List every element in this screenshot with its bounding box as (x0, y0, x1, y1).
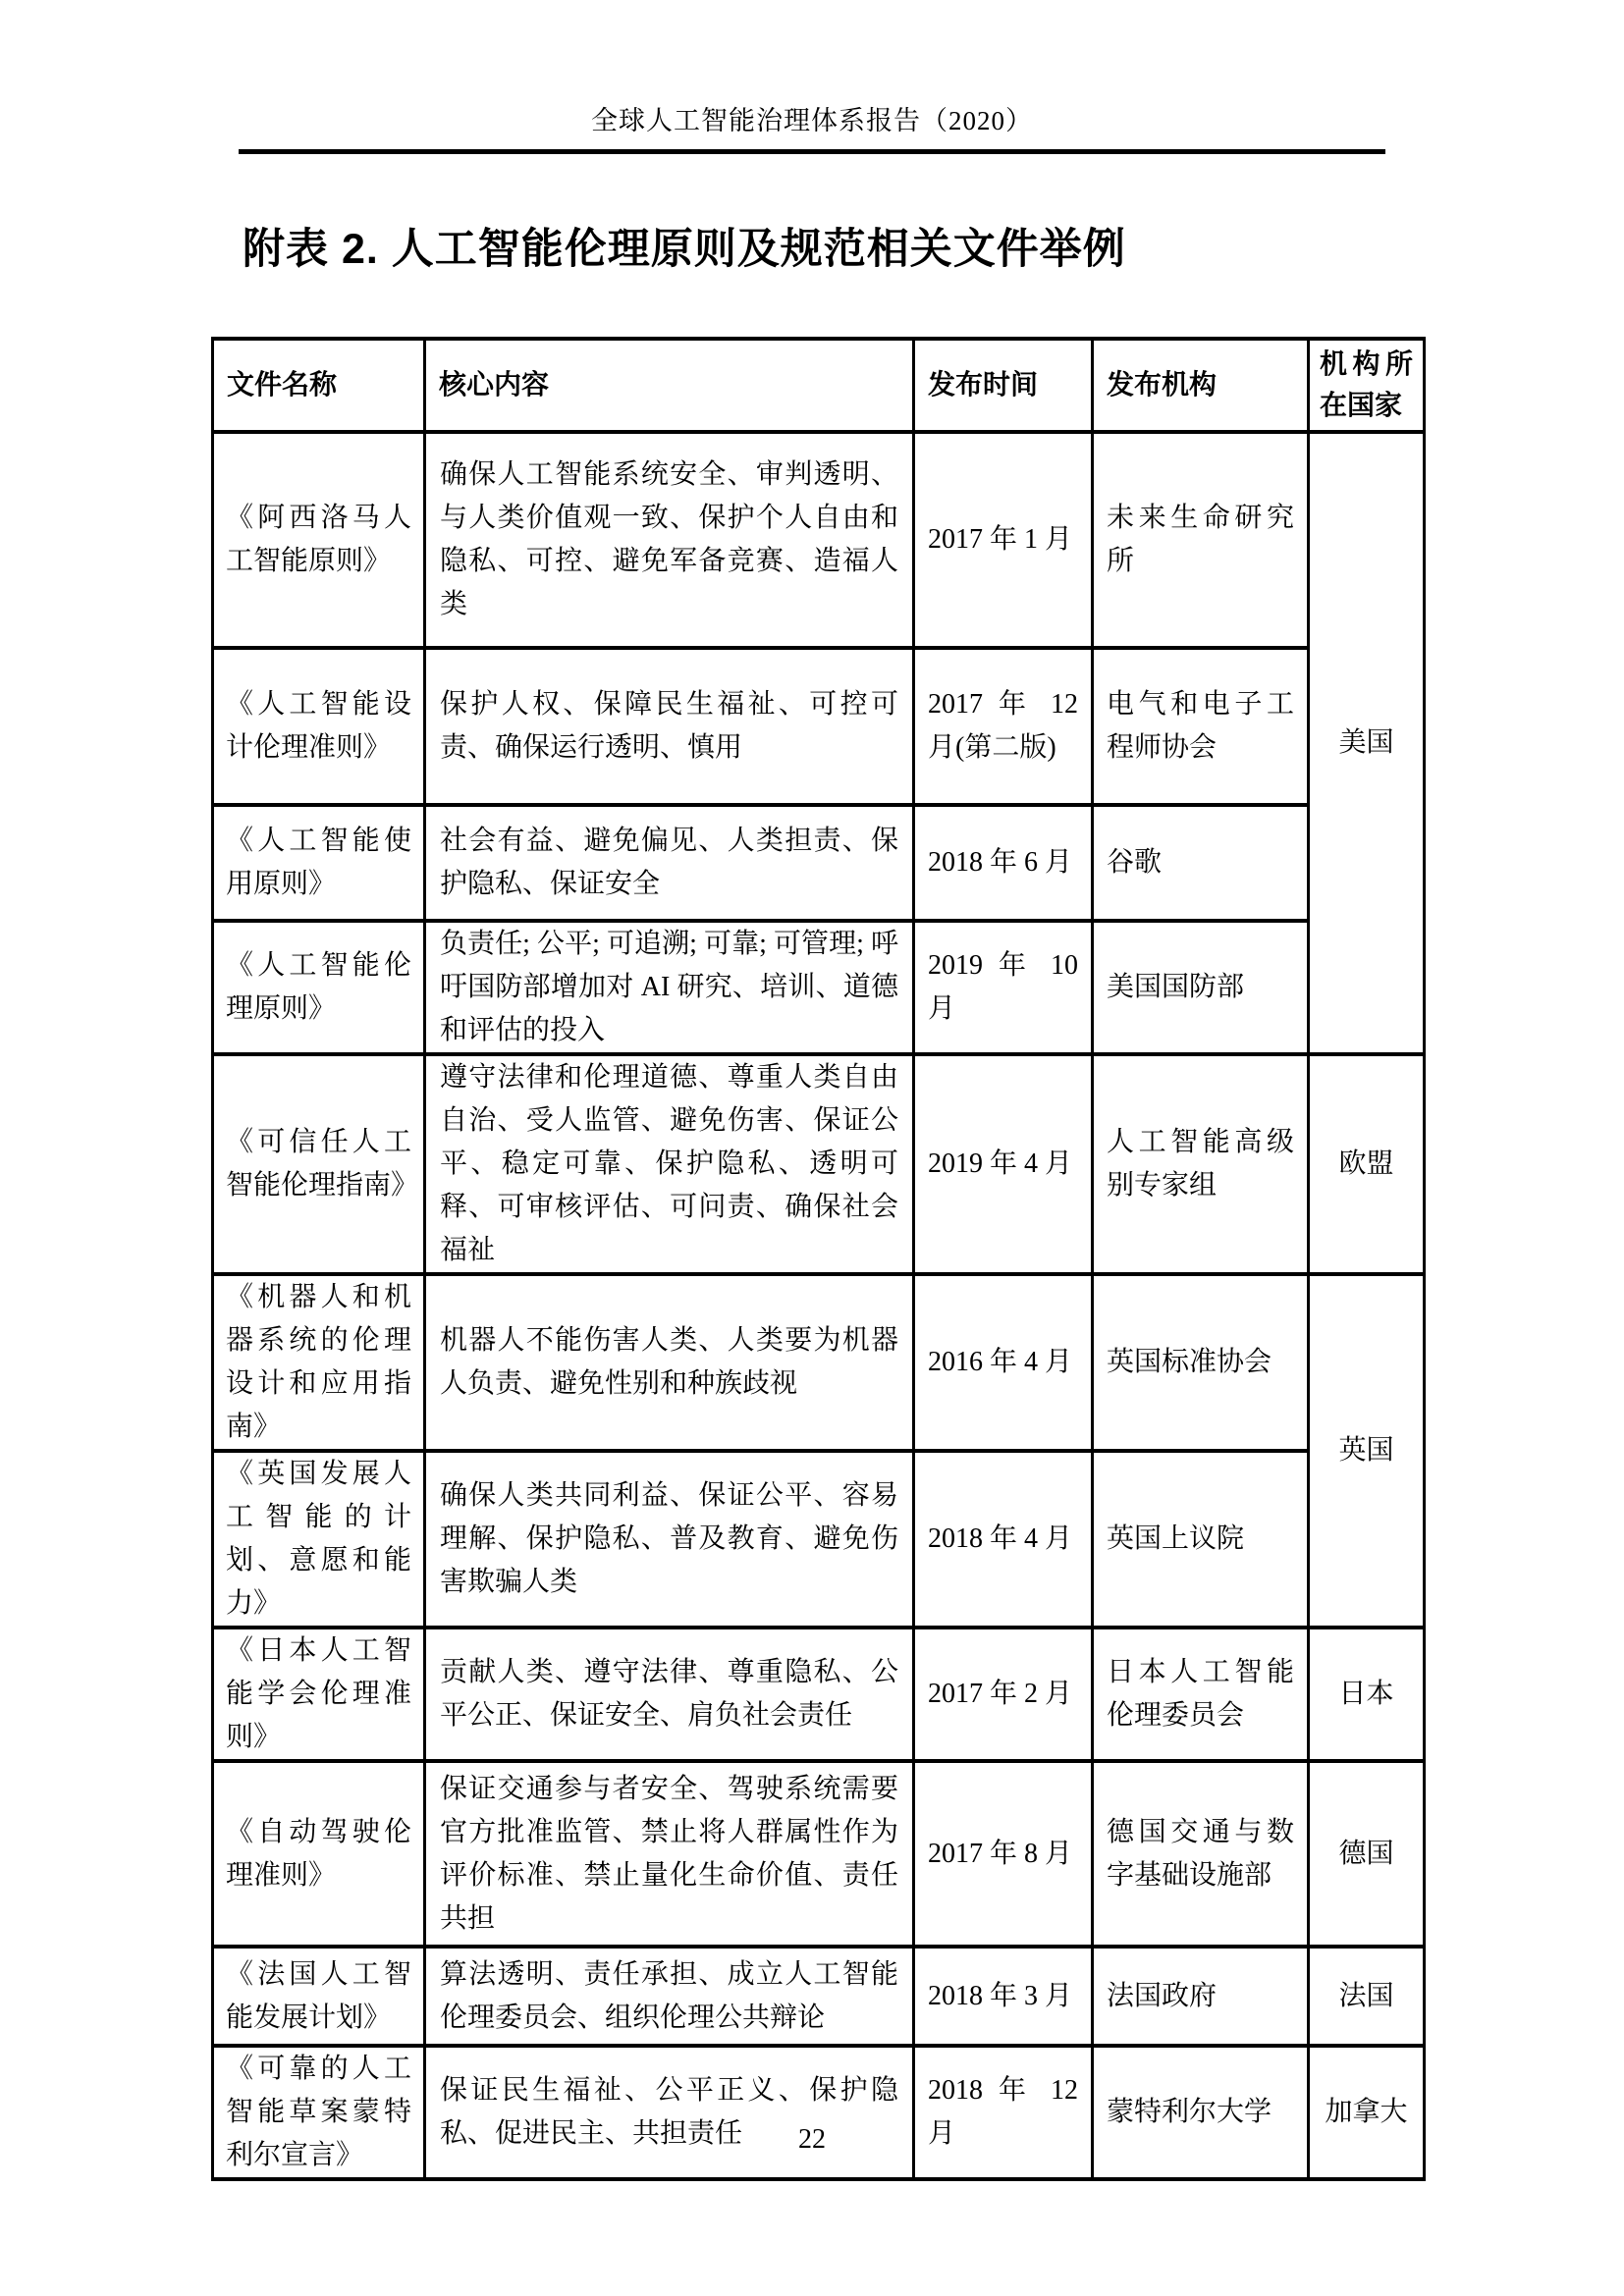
doc-name-cell: 《可信任人工智能伦理指南》 (213, 1054, 425, 1274)
time-cell: 2017 年 1 月 (914, 432, 1093, 648)
content-cell: 保证交通参与者安全、驾驶系统需要官方批准监管、禁止将人群属性作为评价标准、禁止量… (425, 1761, 914, 1947)
time-cell: 2016 年 4 月 (914, 1274, 1093, 1451)
column-header-release-time: 发布时间 (914, 339, 1093, 432)
time-cell: 2017 年 12 月(第二版) (914, 648, 1093, 805)
org-cell: 德国交通与数字基础设施部 (1093, 1761, 1309, 1947)
table-row: 《人工智能使用原则》 社会有益、避免偏见、人类担责、保护隐私、保证安全 2018… (213, 805, 1425, 921)
header-rule (239, 149, 1385, 154)
section-title: 附表 2. 人工智能伦理原则及规范相关文件举例 (243, 216, 1126, 276)
org-cell: 未来生命研究所 (1093, 432, 1309, 648)
country-cell: 法国 (1309, 1947, 1425, 2046)
time-cell: 2018 年 4 月 (914, 1451, 1093, 1628)
ethics-documents-table: 文件名称 核心内容 发布时间 发布机构 机构所在国家 《阿西洛马人工智能原则》 … (211, 337, 1426, 2181)
content-cell: 保护人权、保障民生福祉、可控可责、确保运行透明、慎用 (425, 648, 914, 805)
doc-name-cell: 《人工智能伦理原则》 (213, 921, 425, 1054)
table-row: 《可信任人工智能伦理指南》 遵守法律和伦理道德、尊重人类自由自治、受人监管、避免… (213, 1054, 1425, 1274)
content-cell: 算法透明、责任承担、成立人工智能伦理委员会、组织伦理公共辩论 (425, 1947, 914, 2046)
appendix-table: 文件名称 核心内容 发布时间 发布机构 机构所在国家 《阿西洛马人工智能原则》 … (211, 337, 1426, 2181)
org-cell: 法国政府 (1093, 1947, 1309, 2046)
country-cell: 美国 (1309, 432, 1425, 1054)
table-header-row: 文件名称 核心内容 发布时间 发布机构 机构所在国家 (213, 339, 1425, 432)
page-number: 22 (0, 2124, 1624, 2156)
time-cell: 2017 年 2 月 (914, 1628, 1093, 1761)
content-cell: 确保人类共同利益、保证公平、容易理解、保护隐私、普及教育、避免伤害欺骗人类 (425, 1451, 914, 1628)
org-cell: 日本人工智能伦理委员会 (1093, 1628, 1309, 1761)
content-cell: 负责任; 公平; 可追溯; 可靠; 可管理; 呼吁国防部增加对 AI 研究、培训… (425, 921, 914, 1054)
content-cell: 社会有益、避免偏见、人类担责、保护隐私、保证安全 (425, 805, 914, 921)
column-header-org-country: 机构所在国家 (1309, 339, 1425, 432)
doc-name-cell: 《英国发展人工智能的计划、意愿和能力》 (213, 1451, 425, 1628)
table-row: 《阿西洛马人工智能原则》 确保人工智能系统安全、审判透明、与人类价值观一致、保护… (213, 432, 1425, 648)
org-cell: 蒙特利尔大学 (1093, 2046, 1309, 2179)
doc-name-cell: 《阿西洛马人工智能原则》 (213, 432, 425, 648)
country-cell: 加拿大 (1309, 2046, 1425, 2179)
content-cell: 机器人不能伤害人类、人类要为机器人负责、避免性别和种族歧视 (425, 1274, 914, 1451)
column-header-release-org: 发布机构 (1093, 339, 1309, 432)
table-row: 《机器人和机器系统的伦理设计和应用指南》 机器人不能伤害人类、人类要为机器人负责… (213, 1274, 1425, 1451)
table-row: 《可靠的人工智能草案蒙特利尔宣言》 保证民生福祉、公平正义、保护隐私、促进民主、… (213, 2046, 1425, 2179)
document-page: 全球人工智能治理体系报告（2020） 附表 2. 人工智能伦理原则及规范相关文件… (0, 0, 1624, 2296)
country-cell: 日本 (1309, 1628, 1425, 1761)
time-cell: 2017 年 8 月 (914, 1761, 1093, 1947)
doc-name-cell: 《法国人工智能发展计划》 (213, 1947, 425, 2046)
table-row: 《英国发展人工智能的计划、意愿和能力》 确保人类共同利益、保证公平、容易理解、保… (213, 1451, 1425, 1628)
table-row: 《法国人工智能发展计划》 算法透明、责任承担、成立人工智能伦理委员会、组织伦理公… (213, 1947, 1425, 2046)
country-cell: 欧盟 (1309, 1054, 1425, 1274)
content-cell: 确保人工智能系统安全、审判透明、与人类价值观一致、保护个人自由和隐私、可控、避免… (425, 432, 914, 648)
time-cell: 2018 年 12 月 (914, 2046, 1093, 2179)
org-cell: 英国标准协会 (1093, 1274, 1309, 1451)
country-cell: 德国 (1309, 1761, 1425, 1947)
column-header-core-content: 核心内容 (425, 339, 914, 432)
table-row: 《人工智能设计伦理准则》 保护人权、保障民生福祉、可控可责、确保运行透明、慎用 … (213, 648, 1425, 805)
content-cell: 贡献人类、遵守法律、尊重隐私、公平公正、保证安全、肩负社会责任 (425, 1628, 914, 1761)
time-cell: 2018 年 3 月 (914, 1947, 1093, 2046)
content-cell: 保证民生福祉、公平正义、保护隐私、促进民主、共担责任 (425, 2046, 914, 2179)
org-cell: 英国上议院 (1093, 1451, 1309, 1628)
country-cell: 英国 (1309, 1274, 1425, 1628)
time-cell: 2019 年 10 月 (914, 921, 1093, 1054)
doc-name-cell: 《自动驾驶伦理准则》 (213, 1761, 425, 1947)
org-cell: 电气和电子工程师协会 (1093, 648, 1309, 805)
time-cell: 2018 年 6 月 (914, 805, 1093, 921)
doc-name-cell: 《机器人和机器系统的伦理设计和应用指南》 (213, 1274, 425, 1451)
org-cell: 谷歌 (1093, 805, 1309, 921)
running-header: 全球人工智能治理体系报告（2020） (0, 104, 1624, 137)
org-cell: 人工智能高级别专家组 (1093, 1054, 1309, 1274)
column-header-doc-name: 文件名称 (213, 339, 425, 432)
table-row: 《日本人工智能学会伦理准则》 贡献人类、遵守法律、尊重隐私、公平公正、保证安全、… (213, 1628, 1425, 1761)
content-cell: 遵守法律和伦理道德、尊重人类自由自治、受人监管、避免伤害、保证公平、稳定可靠、保… (425, 1054, 914, 1274)
doc-name-cell: 《日本人工智能学会伦理准则》 (213, 1628, 425, 1761)
table-row: 《人工智能伦理原则》 负责任; 公平; 可追溯; 可靠; 可管理; 呼吁国防部增… (213, 921, 1425, 1054)
org-cell: 美国国防部 (1093, 921, 1309, 1054)
time-cell: 2019 年 4 月 (914, 1054, 1093, 1274)
doc-name-cell: 《人工智能使用原则》 (213, 805, 425, 921)
doc-name-cell: 《可靠的人工智能草案蒙特利尔宣言》 (213, 2046, 425, 2179)
table-row: 《自动驾驶伦理准则》 保证交通参与者安全、驾驶系统需要官方批准监管、禁止将人群属… (213, 1761, 1425, 1947)
doc-name-cell: 《人工智能设计伦理准则》 (213, 648, 425, 805)
